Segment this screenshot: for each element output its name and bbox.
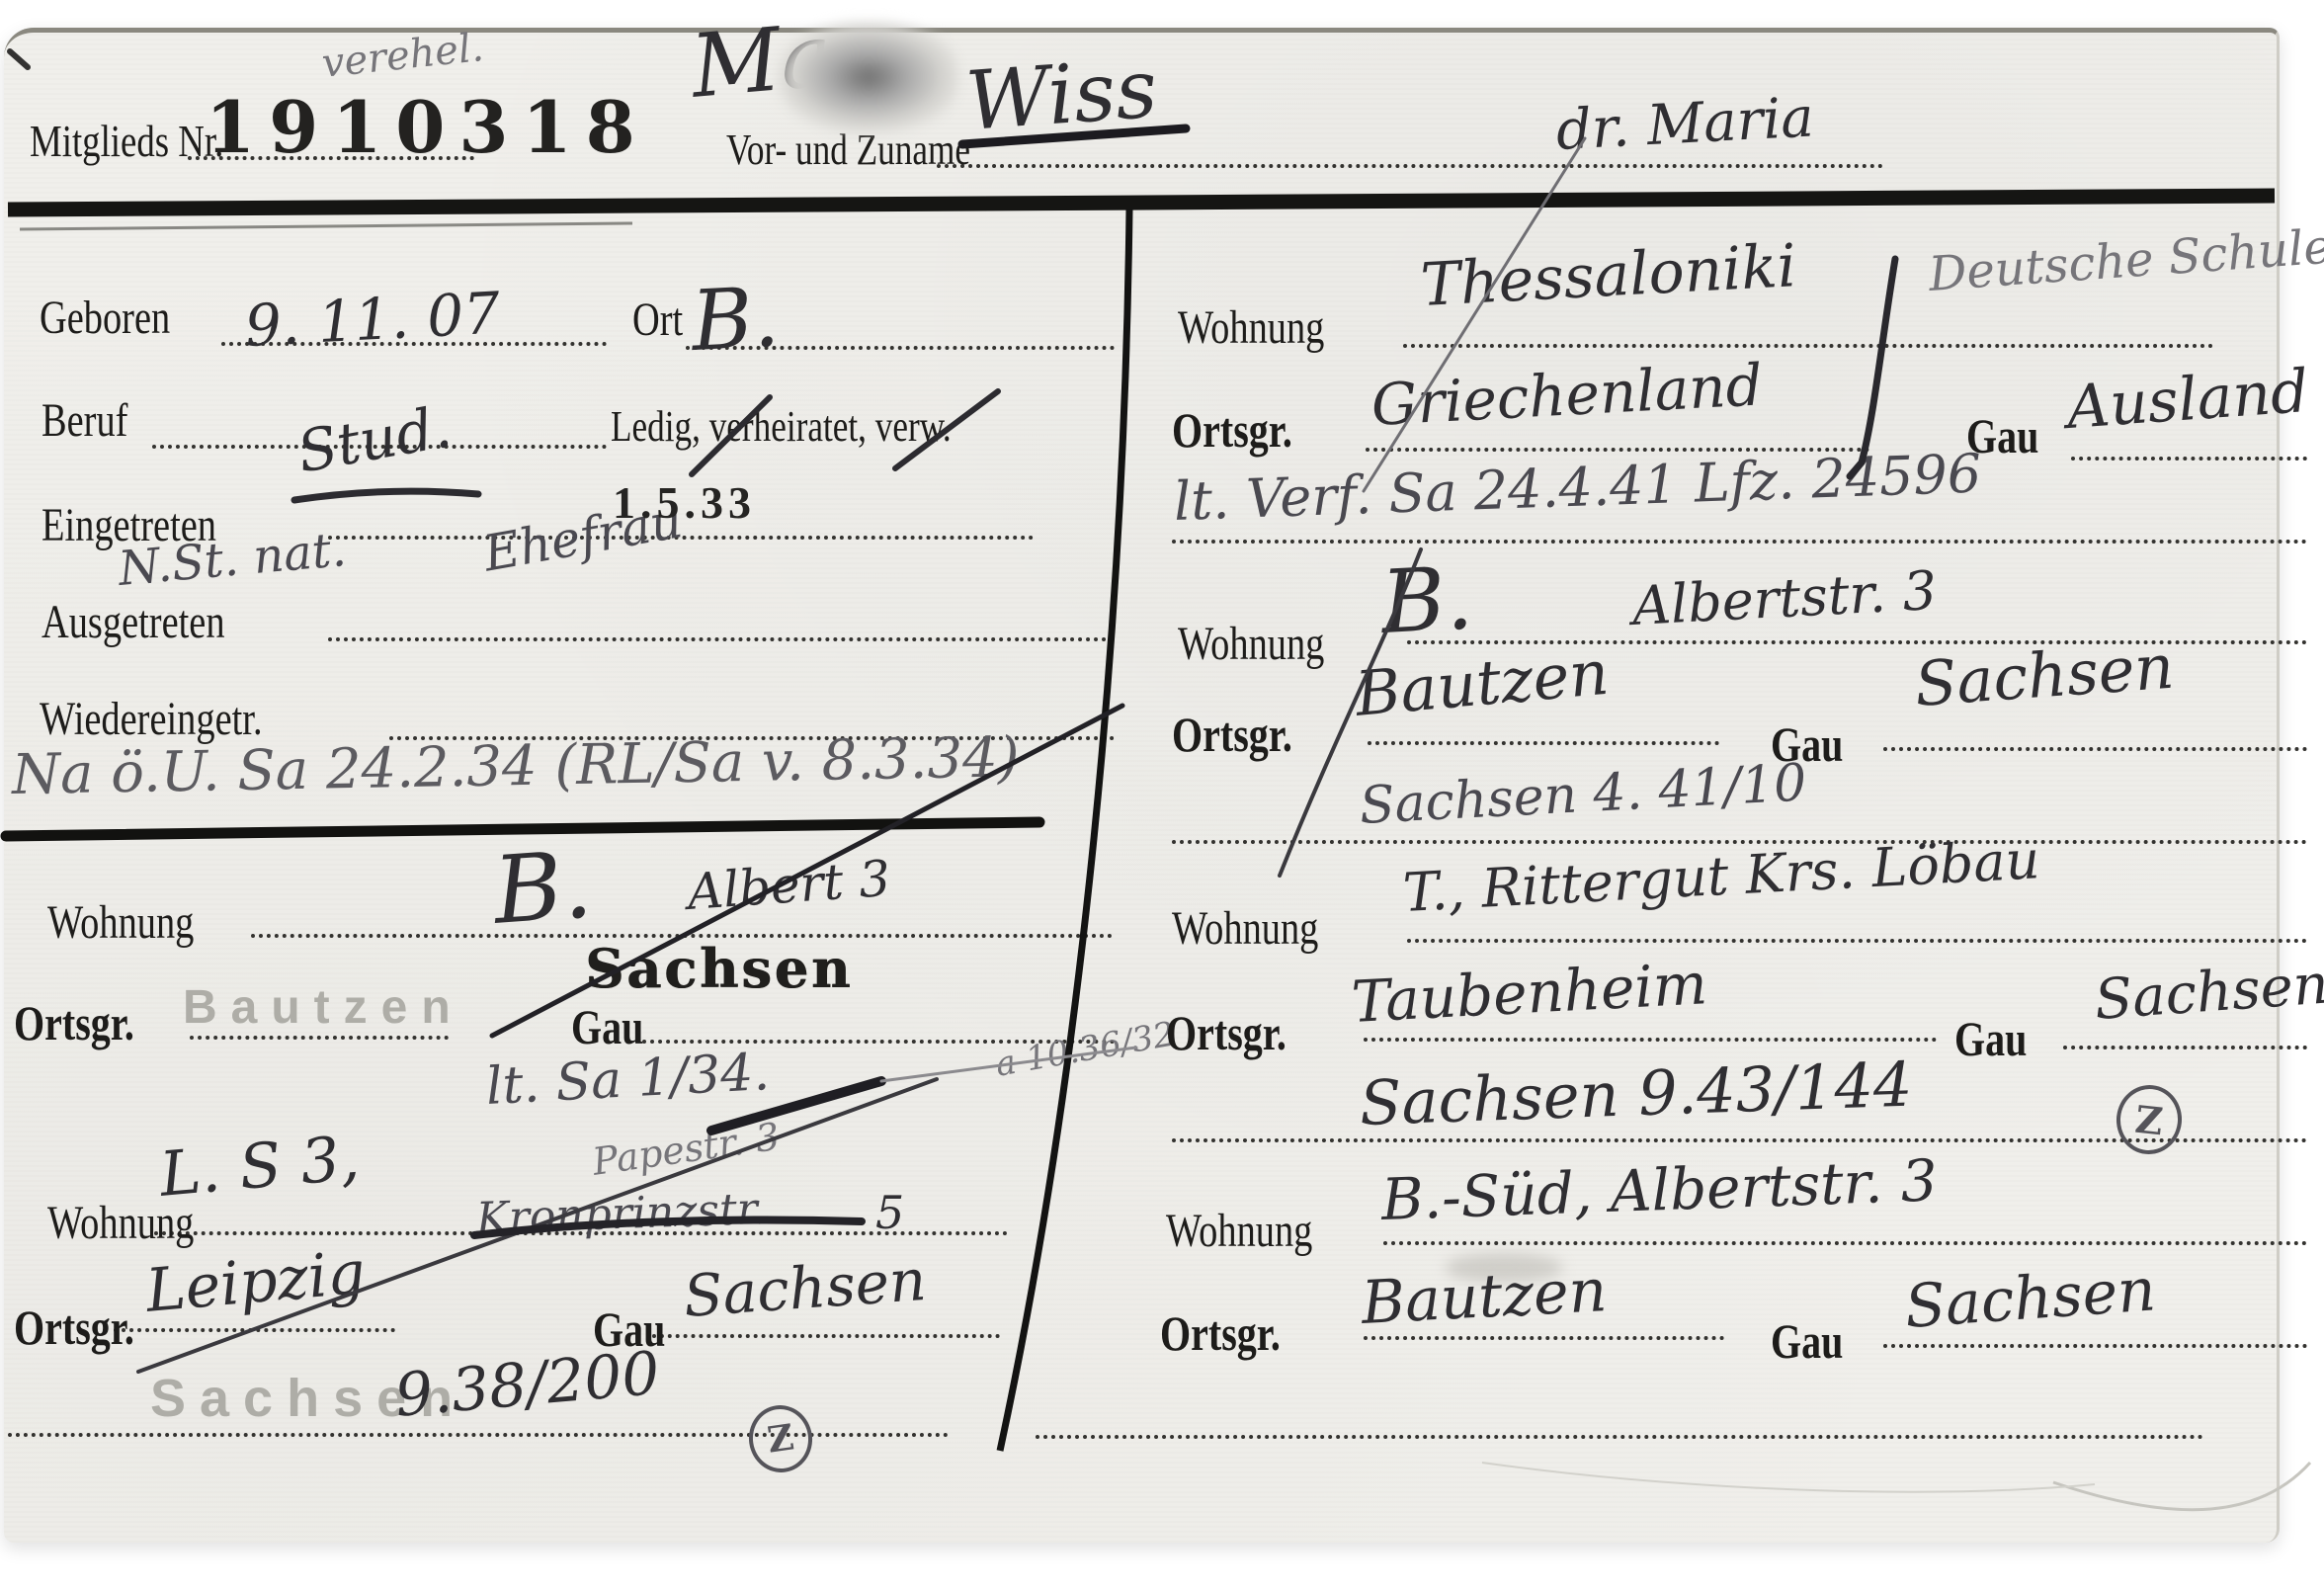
r3-gau-label: Gau (1954, 1010, 2027, 1067)
dotted-line (190, 1036, 449, 1040)
gau1-stamp-sachsen: Sachsen (585, 937, 853, 1000)
member-number: 1910318 (206, 85, 649, 169)
dotted-line (1383, 1241, 2307, 1245)
r3-ortsgr-label: Ortsgr. (1166, 1004, 1286, 1061)
name-label: Vor- und Zuname (726, 125, 970, 175)
r1-wohnung-label: Wohnung (1178, 300, 1324, 355)
r4-gau-label: Gau (1771, 1312, 1843, 1370)
dotted-line (1883, 1344, 2307, 1348)
r4-wohnung-label: Wohnung (1166, 1204, 1312, 1258)
handwriting-name-struck: Wiss (963, 42, 1160, 149)
ortsgr1-stamp-bautzen: Bautzen (183, 980, 464, 1035)
ausgetreten-label: Ausgetreten (41, 595, 225, 649)
dotted-line (2071, 457, 2307, 461)
wohnung1-label: Wohnung (47, 895, 194, 950)
dotted-line (1172, 540, 2307, 544)
dotted-line (114, 1328, 395, 1332)
r3-wohnung-label: Wohnung (1172, 901, 1318, 956)
handwriting-birthplace: B. (689, 268, 781, 369)
ortsgr2-label: Ortsgr. (14, 1299, 134, 1356)
r1-ortsgr-label: Ortsgr. (1172, 401, 1292, 459)
dotted-line (937, 164, 1883, 168)
eingetreten-date-stamp: 1.5.33 (613, 476, 756, 529)
dotted-line (1364, 1336, 1724, 1340)
dotted-line (1364, 1038, 1937, 1042)
handwriting-birthdate: 9. 11. 07 (243, 280, 501, 360)
geboren-label: Geboren (40, 291, 170, 345)
ortsgr1-label: Ortsgr. (14, 994, 134, 1051)
dotted-line (328, 637, 1115, 641)
beruf-label: Beruf (41, 393, 127, 448)
redaction-blur (779, 22, 958, 132)
handwriting-wohnung2-housenumber: 5 (875, 1186, 904, 1239)
dotted-line (1036, 1435, 2203, 1439)
member-number-label: Mitglieds Nr. (30, 115, 223, 167)
wiedereingetreten-label: Wiedereingetr. (40, 692, 263, 746)
dotted-line (1407, 939, 2307, 943)
dotted-line (1403, 344, 2213, 348)
ort-label: Ort (632, 293, 683, 347)
r2-wohnung-label: Wohnung (1178, 617, 1324, 671)
eingetreten-label: Eingetreten (41, 498, 216, 552)
r4-ortsgr-label: Ortsgr. (1160, 1304, 1281, 1362)
marital-status-label: Ledig, verheiratet, verw. (611, 401, 952, 452)
handwriting-wohnung1-city: B. (490, 831, 595, 946)
handwriting-r2-wohnung-city: B. (1378, 546, 1475, 653)
gau1-label: Gau (571, 998, 643, 1055)
handwriting-name-note: dr. Maria (1554, 85, 1815, 163)
dotted-line (1883, 747, 2307, 751)
dotted-line (2063, 1046, 2307, 1049)
handwriting-r4-ortsgr: Bautzen (1360, 1256, 1609, 1338)
r2-ortsgr-label: Ortsgr. (1172, 706, 1292, 763)
handwriting-wohnung2-struck-street: Kronprinzstr. (475, 1184, 768, 1244)
dotted-line (1368, 741, 1719, 745)
dotted-line (652, 1334, 1000, 1338)
